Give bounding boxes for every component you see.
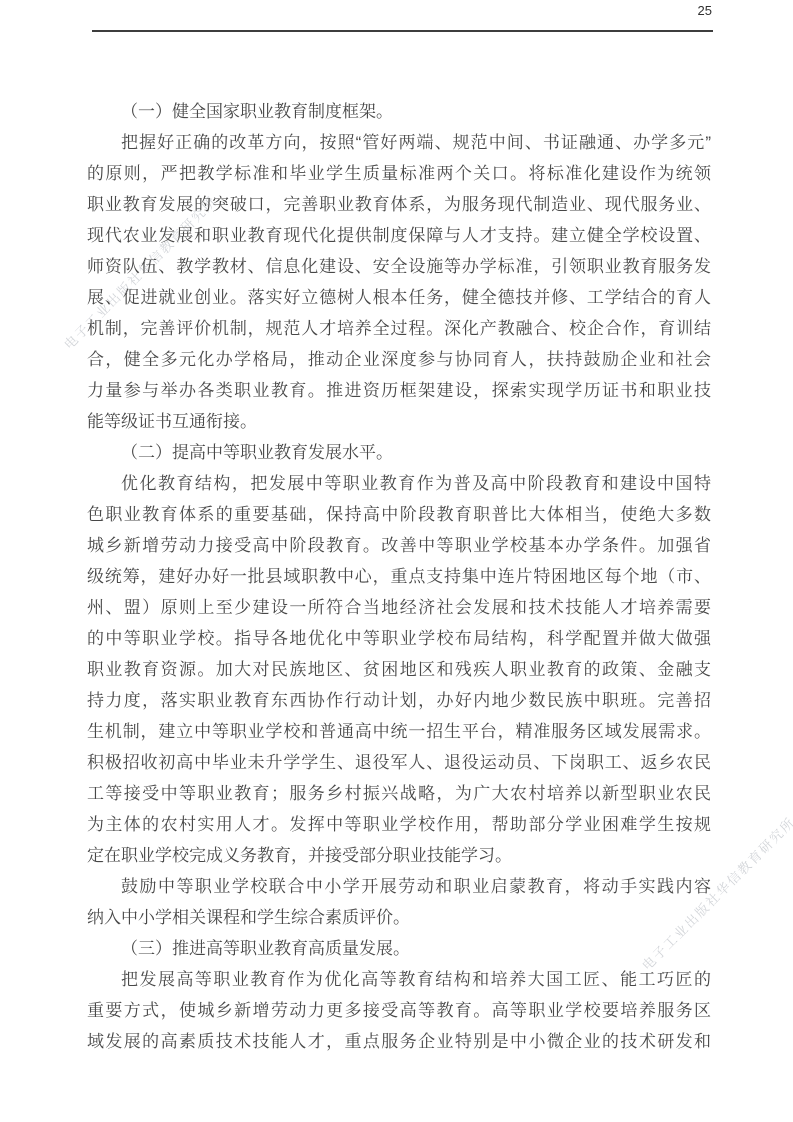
- text-line: 的原则，严把教学标准和毕业学生质量标准两个关口。将标准化建设作为统领: [87, 158, 711, 189]
- text-line: 力量参与举办各类职业教育。推进资历框架建设，探索实现学历证书和职业技: [87, 375, 711, 406]
- page-number: 25: [698, 3, 712, 18]
- text-line: 持力度，落实职业教育东西协作行动计划，办好内地少数民族中职班。完善招: [87, 685, 711, 716]
- text-line: 合，健全多元化办学格局，推动企业深度参与协同育人，扶持鼓励企业和社会: [87, 344, 711, 375]
- text-line: 职业教育资源。加大对民族地区、贫困地区和残疾人职业教育的政策、金融支: [87, 654, 711, 685]
- text-line: 展、促进就业创业。落实好立德树人根本任务，健全德技并修、工学结合的育人: [87, 282, 711, 313]
- text-line: 重要方式，使城乡新增劳动力更多接受高等教育。高等职业学校要培养服务区: [87, 995, 711, 1026]
- text-line: 生机制，建立中等职业学校和普通高中统一招生平台，精准服务区域发展需求。: [87, 716, 711, 747]
- text-line: 现代农业发展和职业教育现代化提供制度保障与人才支持。建立健全学校设置、: [87, 220, 711, 251]
- text-line: 机制，完善评价机制，规范人才培养全过程。深化产教融合、校企合作，育训结: [87, 313, 711, 344]
- text-line: 能等级证书互通衔接。: [87, 406, 711, 437]
- text-line: 定在职业学校完成义务教育，并接受部分职业技能学习。: [87, 840, 711, 871]
- text-line: 域发展的高素质技术技能人才，重点服务企业特别是中小微企业的技术研发和: [87, 1026, 711, 1057]
- text-line: 色职业教育体系的重要基础，保持高中阶段教育职普比大体相当，使绝大多数: [87, 499, 711, 530]
- text-line: 为主体的农村实用人才。发挥中等职业学校作用，帮助部分学业困难学生按规: [87, 809, 711, 840]
- text-line: 优化教育结构，把发展中等职业教育作为普及高中阶段教育和建设中国特: [87, 468, 711, 499]
- text-line: 师资队伍、教学教材、信息化建设、安全设施等办学标准，引领职业教育服务发: [87, 251, 711, 282]
- text-line: 把发展高等职业教育作为优化高等教育结构和培养大国工匠、能工巧匠的: [87, 964, 711, 995]
- text-line: 级统筹，建好办好一批县域职教中心，重点支持集中连片特困地区每个地（市、: [87, 561, 711, 592]
- section-heading: （一）健全国家职业教育制度框架。: [87, 96, 711, 127]
- text-line: 把握好正确的改革方向，按照“管好两端、规范中间、书证融通、办学多元”: [87, 127, 711, 158]
- text-line: 州、盟）原则上至少建设一所符合当地经济社会发展和技术技能人才培养需要: [87, 592, 711, 623]
- text-line: 职业教育发展的突破口，完善职业教育体系，为服务现代制造业、现代服务业、: [87, 189, 711, 220]
- section-heading: （三）推进高等职业教育高质量发展。: [87, 933, 711, 964]
- section-heading: （二）提高中等职业教育发展水平。: [87, 437, 711, 468]
- text-line: 城乡新增劳动力接受高中阶段教育。改善中等职业学校基本办学条件。加强省: [87, 530, 711, 561]
- header-rule: [92, 30, 713, 32]
- document-body: （一）健全国家职业教育制度框架。 把握好正确的改革方向，按照“管好两端、规范中间…: [87, 96, 711, 1057]
- text-line: 鼓励中等职业学校联合中小学开展劳动和职业启蒙教育，将动手实践内容: [87, 871, 711, 902]
- text-line: 工等接受中等职业教育；服务乡村振兴战略，为广大农村培养以新型职业农民: [87, 778, 711, 809]
- document-page: 25 电子工业出版社华信教育研究所 电子工业出版社华信教育研究所 （一）健全国家…: [0, 0, 793, 1122]
- text-line: 积极招收初高中毕业未升学学生、退役军人、退役运动员、下岗职工、返乡农民: [87, 747, 711, 778]
- text-line: 的中等职业学校。指导各地优化中等职业学校布局结构，科学配置并做大做强: [87, 623, 711, 654]
- text-line: 纳入中小学相关课程和学生综合素质评价。: [87, 902, 711, 933]
